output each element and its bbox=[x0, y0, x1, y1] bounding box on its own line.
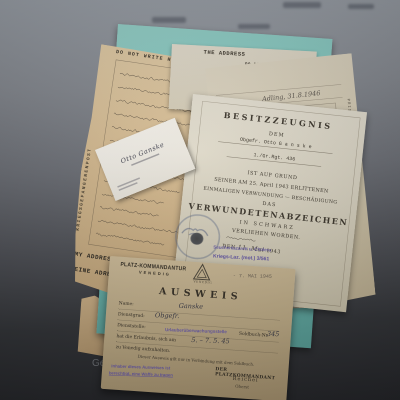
commandant-rank: Oberst bbox=[235, 384, 249, 389]
left-stamp-line2: berechtigt, eine Waffe zu tragen bbox=[109, 370, 173, 377]
name-value-hand: Ganske bbox=[179, 302, 204, 310]
emblem-caption: VENEDIG bbox=[193, 280, 212, 285]
date-stamp: - 7. MAI 1945 bbox=[233, 274, 272, 280]
office-label: Dienststelle: bbox=[117, 323, 146, 330]
permit-label: hat die Erlaubnis, sich am bbox=[116, 334, 176, 343]
watermark-smudge bbox=[348, 4, 374, 9]
issuing-office-line2: VENEDIG bbox=[139, 270, 171, 277]
soldbuch-label: Soldbuch-Nr. bbox=[239, 331, 269, 338]
rank-value-hand: Obgefr. bbox=[155, 312, 180, 320]
permit-value-hand: 5. – 7. 5. 45 bbox=[191, 337, 230, 346]
watermark-smudge bbox=[238, 24, 270, 29]
stay-label: zu Venedig aufzuhalten. bbox=[115, 345, 170, 354]
rank-label: Dienstgrad: bbox=[118, 312, 145, 319]
triangle-emblem-icon bbox=[193, 263, 212, 281]
watermark-smudge bbox=[152, 17, 186, 23]
left-stamp-line1: Inhaber dieses Ausweises ist bbox=[111, 363, 170, 370]
watermark-smudge bbox=[283, 2, 321, 8]
handwritten-sender-date: Adling, 31.8.1946 bbox=[262, 90, 321, 104]
soldbuch-value-hand: 345 bbox=[267, 330, 280, 338]
form-header-fragment: THE ADDRESS bbox=[203, 50, 245, 58]
commandant-name: Reichel bbox=[233, 376, 259, 383]
photo-scene: Ge DO NOT WRITE HERE! KRIEGSGEFANGENENPO… bbox=[0, 0, 400, 400]
ausweis-card: PLATZ-KOMMANDANTUR VENEDIG VENEDIG - 7. … bbox=[101, 256, 296, 400]
name-label: Name: bbox=[119, 301, 134, 307]
office-stamp-purple: Urlauberüberwachungsstelle bbox=[165, 327, 227, 334]
